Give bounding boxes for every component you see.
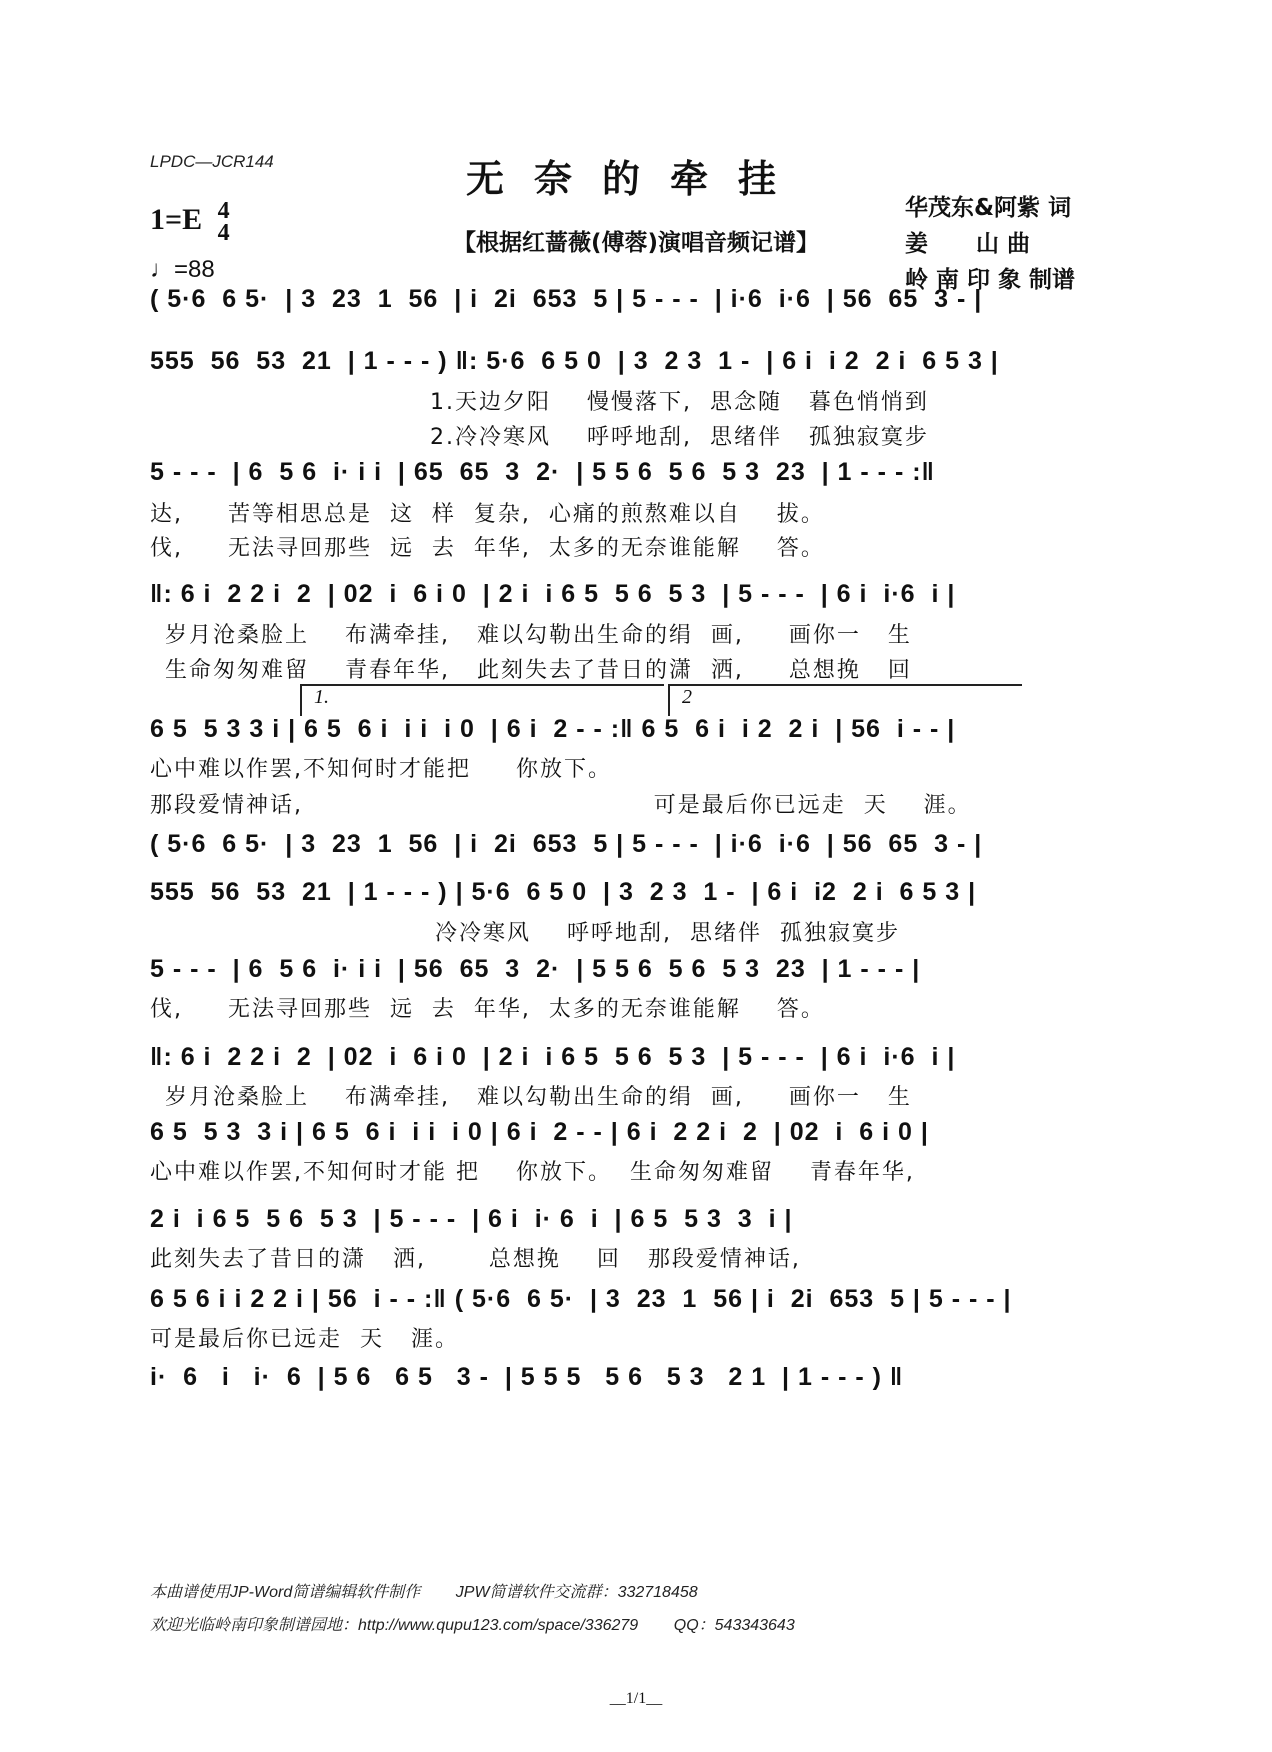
score-line: 555 56 53 21 | 1 - - - ) | 5·6 6 5 0 | 3… bbox=[150, 878, 1130, 907]
lyric-line: 2.冷冷寒风 呼呼地刮, 思绪伴 孤独寂寞步 bbox=[430, 420, 1272, 451]
score-line: 5 - - - | 6 5 6 i· i i | 65 65 3 2· | 5 … bbox=[150, 458, 1130, 487]
score-line: ‖: 6 i 2 2 i 2 | 02 i 6 i 0 | 2 i i 6 5 … bbox=[150, 1043, 1130, 1072]
lyric-line: 心中难以作罢,不知何时才能把 你放下。 bbox=[150, 752, 1130, 783]
lyric-line: 岁月沧桑脸上 布满牵挂, 难以勾勒出生命的绢 画, 画你一 生 bbox=[165, 618, 1145, 649]
score-line: 6 5 5 3 3 i | 6 5 6 i i i i 0 | 6 i 2 - … bbox=[150, 715, 1130, 744]
footer-software-note: 本曲谱使用JP-Word简谱编辑软件制作 JPW简谱软件交流群：33271845… bbox=[150, 1579, 698, 1602]
lyric-line: 冷冷寒风 呼呼地刮, 思绪伴 孤独寂寞步 bbox=[435, 916, 1272, 947]
page-title: 无奈的牵挂 bbox=[0, 148, 1272, 203]
lyric-line: 达, 苦等相思总是 这 样 复杂, 心痛的煎熬难以自 拔。 bbox=[150, 497, 1130, 528]
lyric-line: 伐, 无法寻回那些 远 去 年华, 太多的无奈谁能解 答。 bbox=[150, 992, 1130, 1023]
composer: 姜 山 曲 bbox=[905, 226, 1075, 262]
subtitle: 【根据红蔷薇(傅蓉)演唱音频记谱】 bbox=[0, 224, 1272, 257]
score-line: ( 5·6 6 5· | 3 23 1 56 | i 2i 653 5 | 5 … bbox=[150, 830, 1130, 859]
time-top: 4 bbox=[218, 200, 230, 222]
page-number: __1/1__ bbox=[0, 1690, 1272, 1708]
lyric-line: 可是最后你已远走 天 涯。 bbox=[150, 1322, 1130, 1353]
volta-second: 2 bbox=[668, 684, 1022, 716]
credits: 华茂东&阿紫 词 姜 山 曲 岭 南 印 象 制谱 bbox=[905, 190, 1075, 298]
score-line: ‖: 6 i 2 2 i 2 | 02 i 6 i 0 | 2 i i 6 5 … bbox=[150, 580, 1130, 609]
lyric-line: 心中难以作罢,不知何时才能 把 你放下。 生命匆匆难留 青春年华, bbox=[150, 1155, 1130, 1186]
lyric-line: 生命匆匆难留 青春年华, 此刻失去了昔日的潇 洒, 总想挽 回 bbox=[165, 653, 1145, 684]
tempo-marking: ♩=88 bbox=[150, 256, 215, 284]
lyric-line: 1.天边夕阳 慢慢落下, 思念随 暮色悄悄到 bbox=[430, 385, 1272, 416]
score-line: 5 - - - | 6 5 6 i· i i | 56 65 3 2· | 5 … bbox=[150, 955, 1130, 984]
score-line: i· 6 i i· 6 | 5 6 6 5 3 - | 5 5 5 5 6 5 … bbox=[150, 1363, 1130, 1392]
lyric-line: 那段爱情神话, 可是最后你已远走 天 涯。 bbox=[150, 788, 1130, 819]
score-line: 6 5 5 3 3 i | 6 5 6 i i i i 0 | 6 i 2 - … bbox=[150, 1118, 1130, 1147]
score-line: ( 5·6 6 5· | 3 23 1 56 | i 2i 653 5 | 5 … bbox=[150, 285, 1130, 314]
lyricist: 华茂东&阿紫 词 bbox=[905, 190, 1075, 226]
lyric-line: 岁月沧桑脸上 布满牵挂, 难以勾勒出生命的绢 画, 画你一 生 bbox=[165, 1080, 1145, 1111]
score-line: 2 i i 6 5 5 6 5 3 | 5 - - - | 6 i i· 6 i… bbox=[150, 1205, 1130, 1234]
score-line: 6 5 6 i i 2 2 i | 56 i - - :‖ ( 5·6 6 5·… bbox=[150, 1285, 1130, 1314]
footer-website-note: 欢迎光临岭南印象制谱园地：http://www.qupu123.com/spac… bbox=[150, 1612, 795, 1635]
lyric-line: 伐, 无法寻回那些 远 去 年华, 太多的无奈谁能解 答。 bbox=[150, 531, 1130, 562]
volta-first: 1. bbox=[300, 684, 664, 716]
lyric-line: 此刻失去了昔日的潇 洒, 总想挽 回 那段爱情神话, bbox=[150, 1242, 1130, 1273]
score-line: 555 56 53 21 | 1 - - - ) ‖: 5·6 6 5 0 | … bbox=[150, 347, 1130, 376]
